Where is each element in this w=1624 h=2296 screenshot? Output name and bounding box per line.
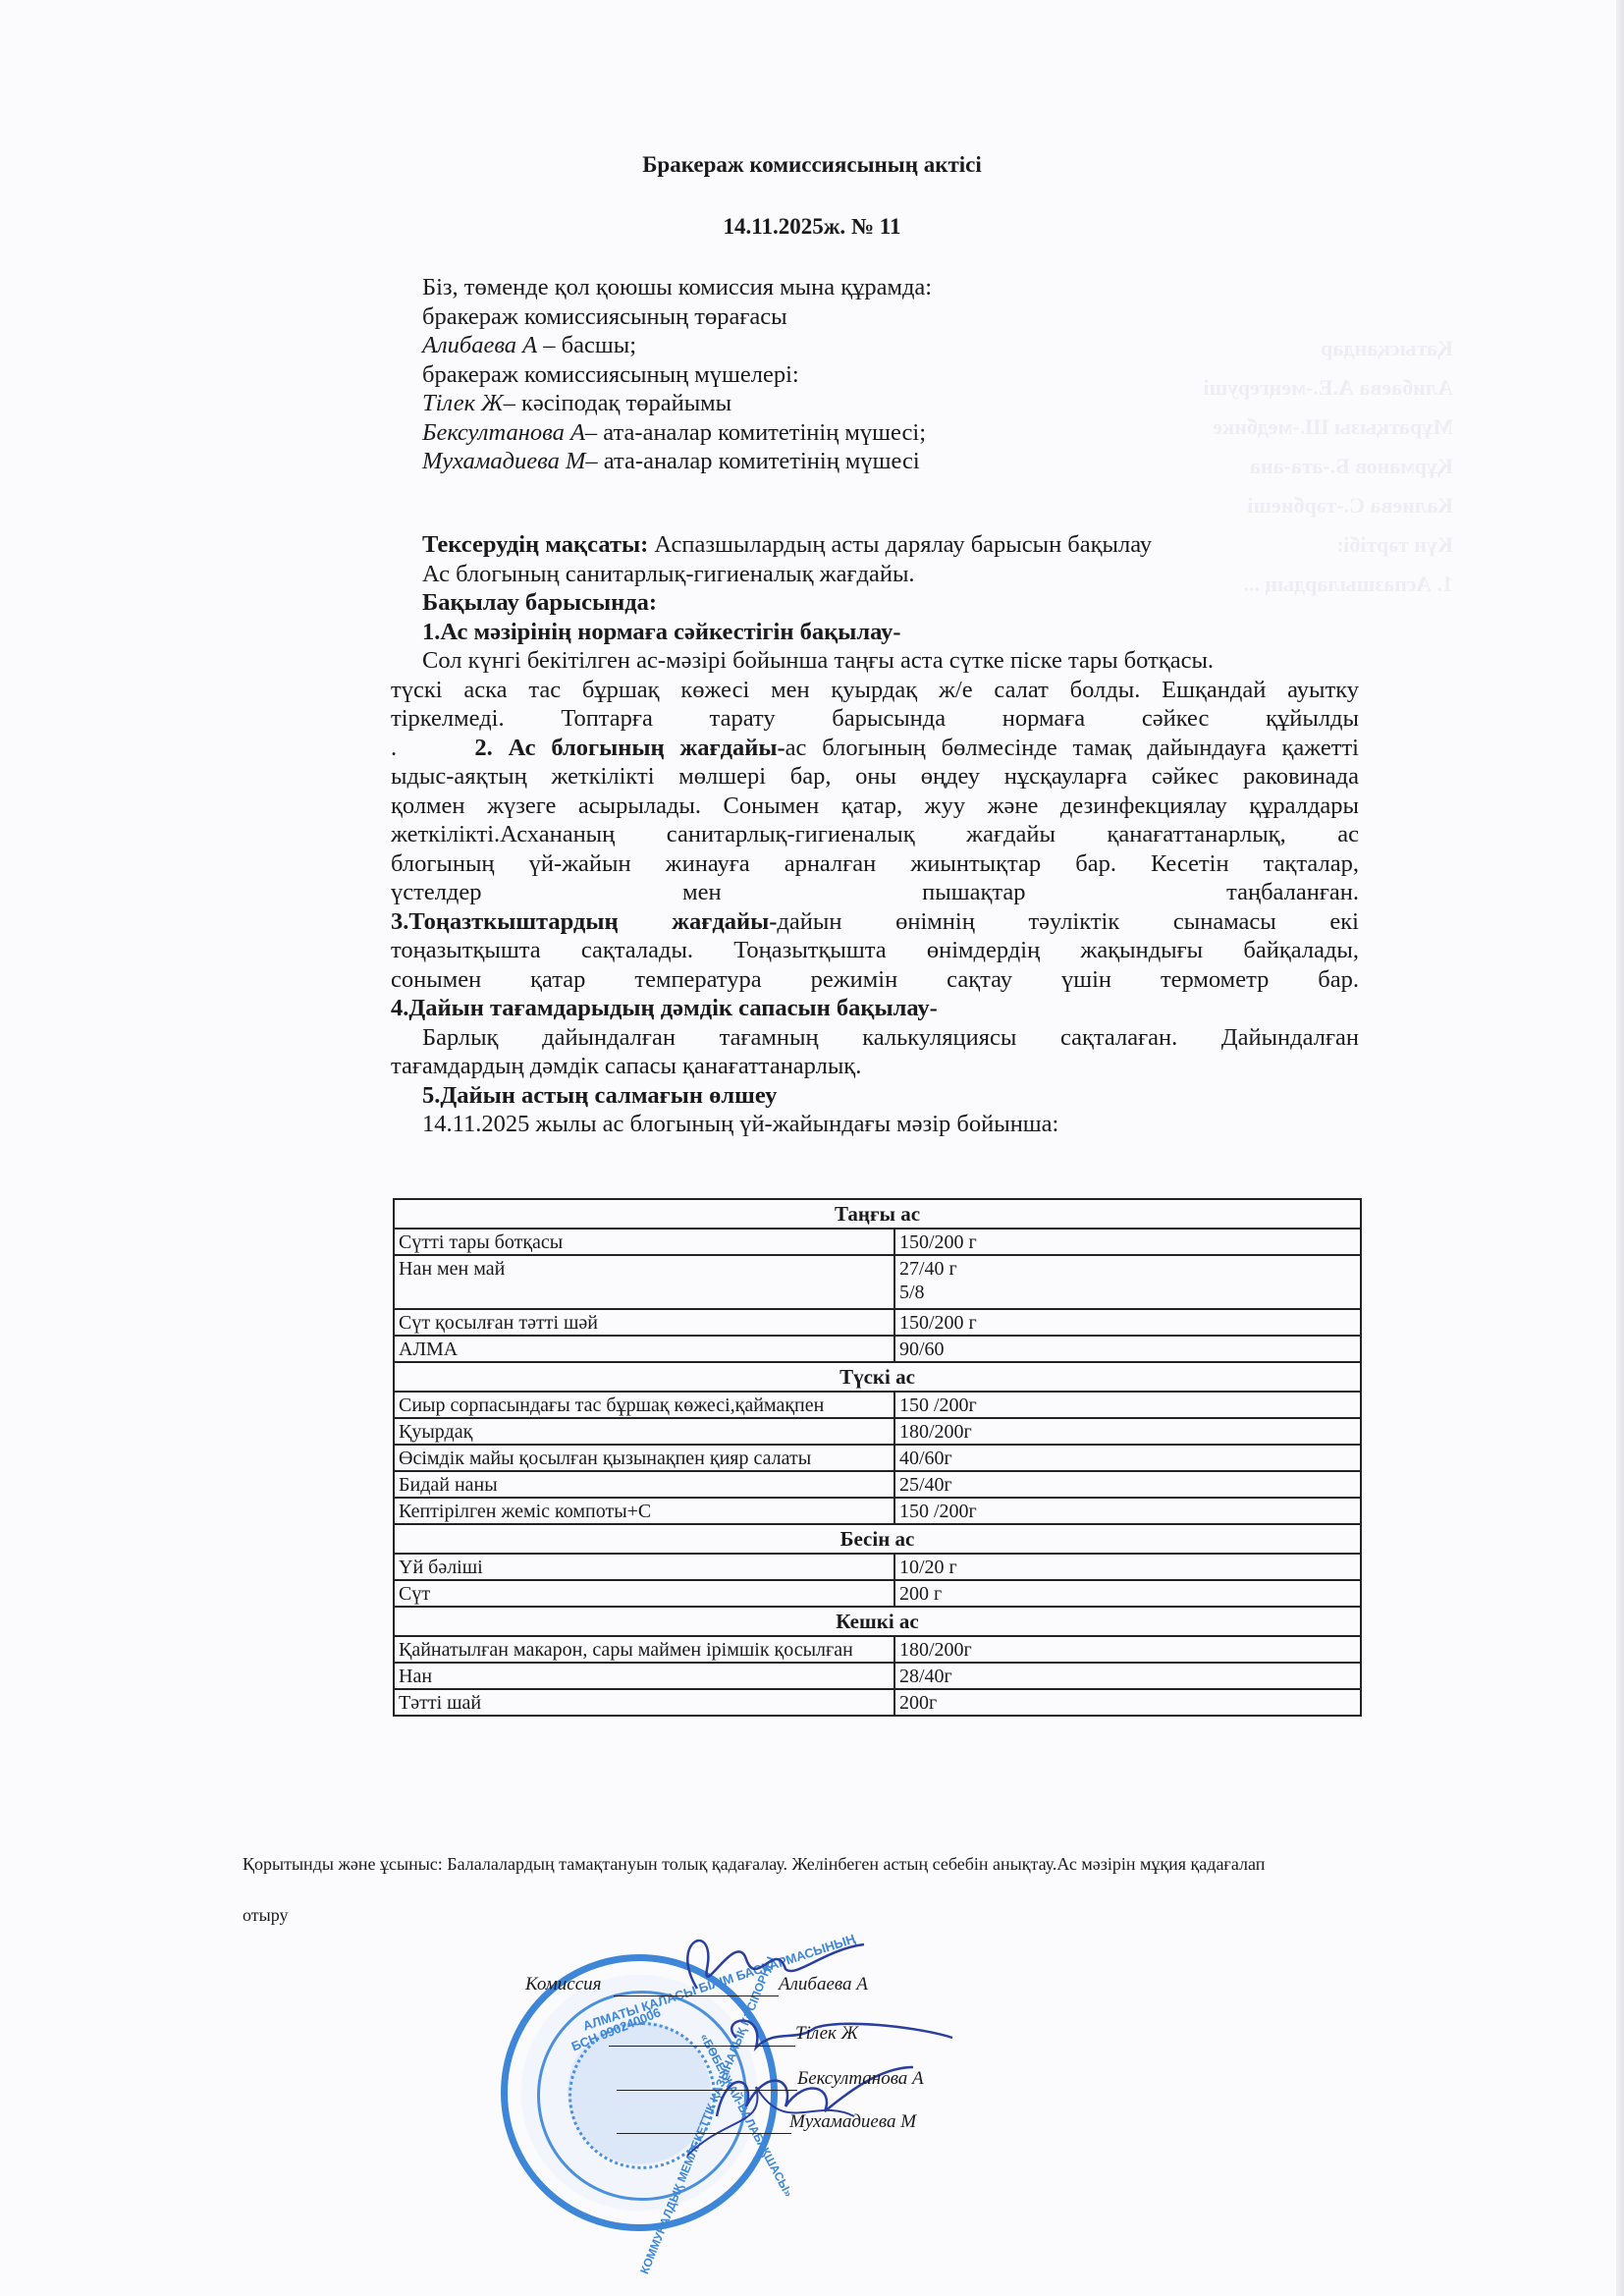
dish-portion: 200 г [894,1580,1361,1607]
signature-line [617,2133,791,2134]
section-2-heading: 2. Ас блогының жағдайы- [474,735,785,761]
table-row: Бидай наны25/40г [394,1471,1361,1498]
section-4-heading: 4.Дайын тағамдарыдың дәмдік сапасын бақы… [391,994,1359,1023]
members-label: бракераж комиссиясының мүшелері: [422,360,1390,390]
section-5-line: 14.11.2025 жылы ас блогының үй-жайындағы… [391,1110,1359,1139]
section-5-heading: 5.Дайын астың салмағын өлшеу [391,1081,1359,1111]
section-1-line: Сол күнгі бекітілген ас-мәзірі бойынша т… [391,646,1359,676]
table-row: Нан мен май27/40 г5/8 [394,1255,1361,1309]
member-name: Бексултанова А [422,419,585,446]
signatory-name: Тілек Ж [795,2023,858,2045]
dish-name: Қуырдақ [394,1418,894,1445]
dish-name: Өсімдік майы қосылған қызынақпен қияр са… [394,1445,894,1471]
section-3-line: сонымен қатар температура режимін сақтау… [391,965,1359,995]
table-row: Сүт200 г [394,1580,1361,1607]
section-2-line: ыдыс-аяқтың жеткілікті мөлшері бар, оны … [391,762,1359,792]
dish-name: Сүтті тары ботқасы [394,1229,894,1255]
signature-line [609,2046,795,2047]
chair-label: бракераж комиссиясының төрағасы [422,302,1390,332]
meal-section-header: Кешкі ас [394,1607,1361,1636]
dish-name: Кептірілген жеміс компоты+С [394,1498,894,1524]
member-line: Тілек Ж– кәсіподақ төрайымы [422,389,1390,418]
dish-portion: 27/40 г5/8 [894,1255,1361,1309]
signatory-name: Мухамадиева М [789,2111,916,2133]
table-row: Сиыр сорпасындағы тас бұршақ көжесі,қайм… [394,1392,1361,1418]
chair-name: Алибаева А [422,332,537,358]
table-row: АЛМА90/60 [394,1336,1361,1362]
dish-name: Бидай наны [394,1471,894,1498]
table-row: Қуырдақ180/200г [394,1418,1361,1445]
dish-portion: 150/200 г [894,1229,1361,1255]
chair-role: – басшы; [537,332,636,358]
commission-composition: Біз, төменде қол қоюшы комиссия мына құр… [422,273,1390,476]
table-row: Тәтті шай200г [394,1689,1361,1716]
conclusion-line-1: Қорытынды және ұсыныс: Балалалардың тама… [243,1854,1265,1875]
section-3-text: дайын өнімнің тәуліктік сынамасы екі [777,908,1359,935]
dish-name: Нан мен май [394,1255,894,1309]
table-row: Қайнатылған макарон, сары маймен ірімшік… [394,1636,1361,1663]
table-row: Үй бәліші10/20 г [394,1554,1361,1580]
portion-line: 5/8 [899,1281,1356,1304]
section-3-first-line: 3.Тоңазткыштардың жағдайы-дайын өнімнің … [391,907,1359,937]
section-2-line: блогының үй-жайын жинауға арналған жиынт… [391,849,1359,879]
member-line: Бексултанова А– ата-аналар комитетінің м… [422,418,1390,448]
section-2-line: жеткілікті.Асхананың санитарлық-гигиенал… [391,820,1359,849]
act-date-number: 14.11.2025ж. № 11 [0,214,1624,240]
section-3-heading: 3.Тоңазткыштардың жағдайы- [391,908,777,935]
meal-title: Бесін ас [394,1524,1361,1554]
section-1-line: тіркелмеді. Топтарға тарату барысында но… [391,704,1359,734]
commission-label: Комиссия [525,1974,602,1995]
section-2-text: ас блогының бөлмесінде тамақ дайындауға … [785,735,1359,761]
table-row: Сүтті тары ботқасы150/200 г [394,1229,1361,1255]
member-role: – кәсіподақ төрайымы [504,390,731,416]
signatory-name: Алибаева А [779,1974,868,1995]
dish-name: Тәтті шай [394,1689,894,1716]
composition-intro: Біз, төменде қол қоюшы комиссия мына құр… [422,273,1390,302]
meal-title: Кешкі ас [394,1607,1361,1636]
meal-title: Түскі ас [394,1362,1361,1392]
signature-line [617,2090,797,2091]
chair-line: Алибаева А – басшы; [422,331,1390,360]
document-title: Бракераж комиссиясының актісі [0,152,1624,178]
inspection-body: Тексерудің мақсаты: Аспазшылардың асты д… [391,530,1359,1139]
dish-name: Сиыр сорпасындағы тас бұршақ көжесі,қайм… [394,1392,894,1418]
conclusion-line-2: отыру [243,1905,289,1926]
table-row: Нан28/40г [394,1663,1361,1689]
section-4-line: тағамдардың дәмдік сапасы қанағаттанарлы… [391,1052,1359,1081]
member-name: Мухамадиева М [422,448,585,474]
stray-period: . [391,735,397,761]
member-name: Тілек Ж [422,390,504,416]
member-role: – ата-аналар комитетінің мүшесі; [585,419,926,446]
dish-name: Сүт қосылған тәтті шәй [394,1309,894,1336]
page-edge [1616,0,1624,2296]
meal-section-header: Түскі ас [394,1362,1361,1392]
dish-portion: 40/60г [894,1445,1361,1471]
dish-name: Үй бәліші [394,1554,894,1580]
section-4-line: Барлық дайындалған тағамның калькуляцияс… [391,1023,1359,1053]
handwritten-signatures [628,1920,1021,2185]
dish-portion: 150 /200г [894,1392,1361,1418]
dish-name: Нан [394,1663,894,1689]
section-2-line: үстелдер мен пышақтар таңбаланған. [391,878,1359,907]
signatory-name: Бексултанова А [797,2068,924,2090]
dish-portion: 200г [894,1689,1361,1716]
member-line: Мухамадиева М– ата-аналар комитетінің мү… [422,447,1390,476]
table-row: Өсімдік майы қосылған қызынақпен қияр са… [394,1445,1361,1471]
table-row: Сүт қосылған тәтті шәй150/200 г [394,1309,1361,1336]
dish-name: АЛМА [394,1336,894,1362]
purpose-label: Тексерудің мақсаты: [422,531,648,558]
meal-section-header: Таңғы ас [394,1199,1361,1229]
dish-portion: 150 /200г [894,1498,1361,1524]
dish-portion: 180/200г [894,1636,1361,1663]
member-role: – ата-аналар комитетінің мүшесі [585,448,919,474]
dish-portion: 150/200 г [894,1309,1361,1336]
section-3-line: тоңазытқышта сақталады. Тоңазытқышта өні… [391,936,1359,965]
section-2-line: қолмен жүзеге асырылады. Сонымен қатар, … [391,792,1359,821]
menu-table: Таңғы ас Сүтті тары ботқасы150/200 г Нан… [393,1198,1362,1717]
meal-section-header: Бесін ас [394,1524,1361,1554]
observation-heading: Бақылау барысында: [391,588,1359,618]
dish-name: Қайнатылған макарон, сары маймен ірімшік… [394,1636,894,1663]
signature-line [614,1995,779,1996]
dish-portion: 28/40г [894,1663,1361,1689]
section-1-line: түскі аска тас бұршақ көжесі мен қуырдақ… [391,676,1359,705]
table-row: Кептірілген жеміс компоты+С150 /200г [394,1498,1361,1524]
section-1-heading: 1.Ас мәзірінің нормаға сәйкестігін бақыл… [391,618,1359,647]
dish-portion: 10/20 г [894,1554,1361,1580]
dish-portion: 25/40г [894,1471,1361,1498]
meal-title: Таңғы ас [394,1199,1361,1229]
dish-portion: 180/200г [894,1418,1361,1445]
purpose-text: Аспазшылардың асты дарялау барысын бақыл… [648,531,1152,558]
purpose-line-2: Ас блогының санитарлық-гигиеналық жағдай… [391,560,1359,589]
purpose-line: Тексерудің мақсаты: Аспазшылардың асты д… [391,530,1359,560]
dish-portion: 90/60 [894,1336,1361,1362]
portion-line: 27/40 г [899,1257,1356,1281]
section-2-first-line: . 2. Ас блогының жағдайы-ас блогының бөл… [391,734,1359,763]
dish-name: Сүт [394,1580,894,1607]
